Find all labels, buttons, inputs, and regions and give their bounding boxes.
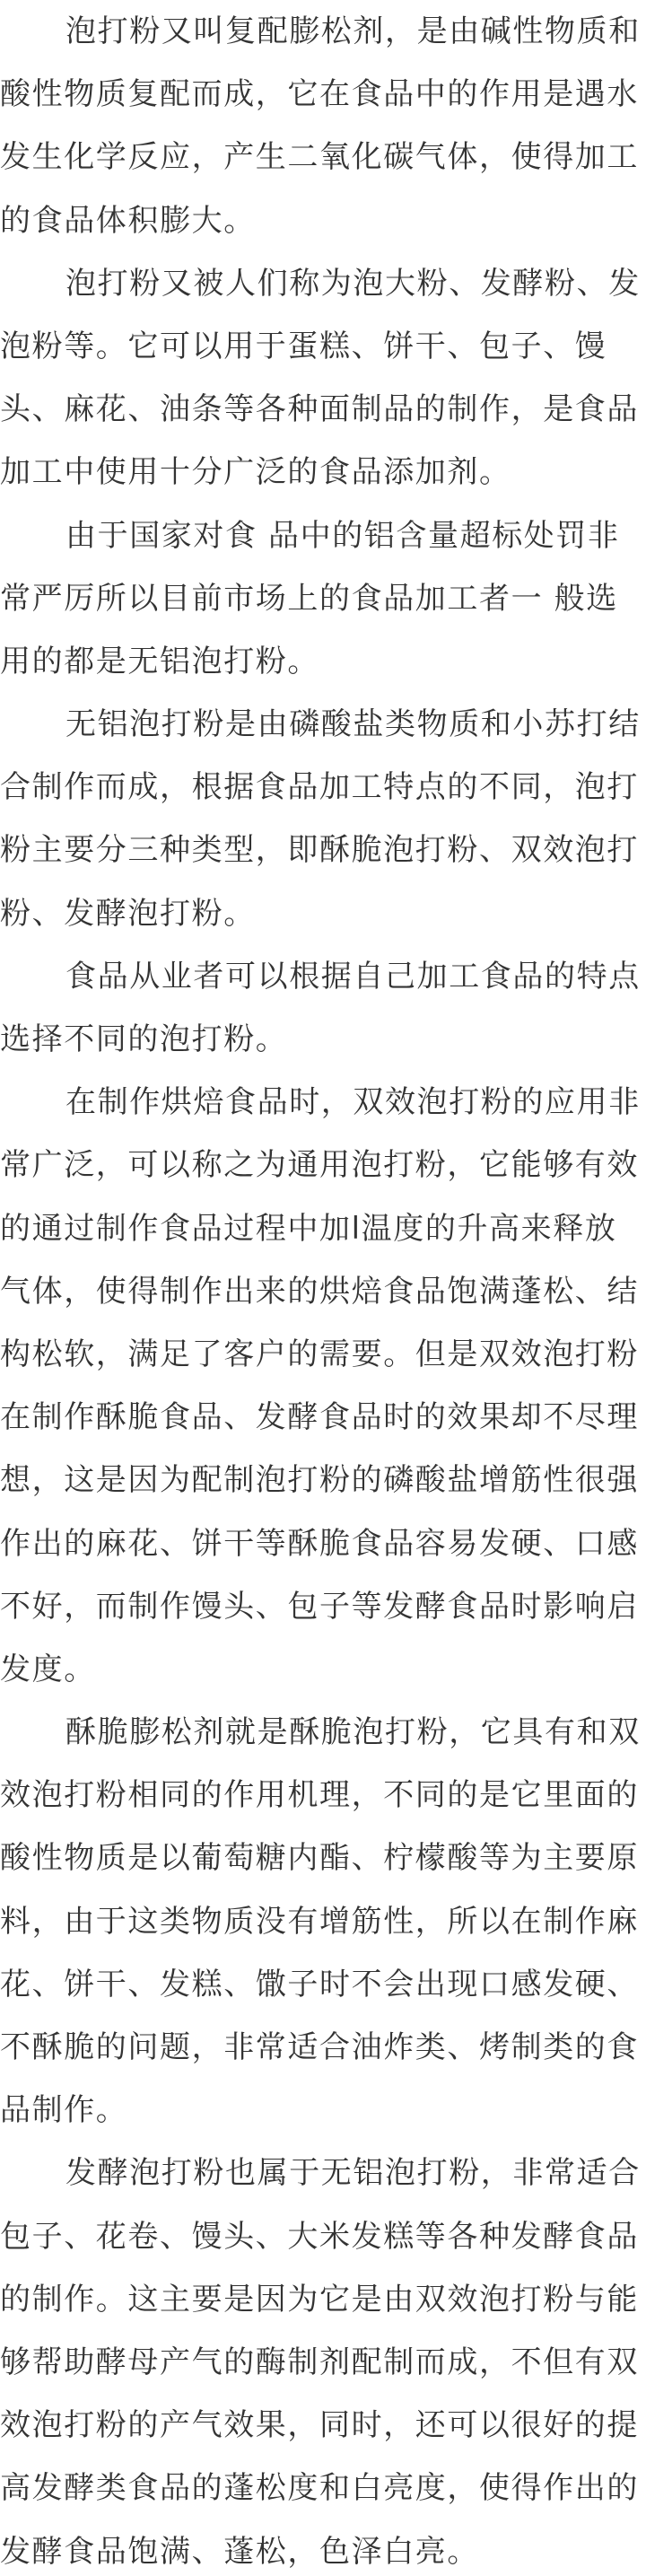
- text-line: 料，由于这类物质没有增筋性，所以在制作麻: [0, 1890, 646, 1953]
- text-line: 头、麻花、油条等各种面制品的制作，是食品: [0, 378, 646, 441]
- paragraph-double-acting: 在制作烘焙食品时，双效泡打粉的应用非 常广泛，可以称之为通用泡打粉，它能够有效 …: [0, 1071, 646, 1701]
- text-line: 包子、花卷、馒头、大米发糕等各种发酵食品: [0, 2205, 646, 2268]
- text-line: 效泡打粉相同的作用机理，不同的是它里面的: [0, 1764, 646, 1827]
- article-body: 泡打粉又叫复配膨松剂，是由碱性物质和 酸性物质复配而成，它在食品中的作用是遇水 …: [0, 0, 646, 2576]
- paragraph-crispy-leavening: 酥脆膨松剂就是酥脆泡打粉，它具有和双 效泡打粉相同的作用机理，不同的是它里面的 …: [0, 1701, 646, 2142]
- text-line: 发生化学反应，产生二氧化碳气体，使得加工: [0, 126, 646, 188]
- text-line: 泡打粉又叫复配膨松剂，是由碱性物质和: [0, 0, 646, 63]
- text-line: 花、饼干、发糕、馓子时不会出现口感发硬、: [0, 1953, 646, 2016]
- text-line: 够帮助酵母产气的酶制剂配制而成，不但有双: [0, 2331, 646, 2394]
- text-line: 效泡打粉的产气效果，同时，还可以很好的提: [0, 2394, 646, 2457]
- text-line: 酸性物质复配而成，它在食品中的作用是遇水: [0, 63, 646, 126]
- text-line: 发酵食品饱满、蓬松，色泽白亮。: [0, 2520, 646, 2576]
- text-line: 用的都是无铝泡打粉。: [0, 630, 646, 693]
- text-line: 粉主要分三种类型，即酥脆泡打粉、双效泡打: [0, 819, 646, 881]
- text-line: 在制作烘焙食品时，双效泡打粉的应用非: [0, 1071, 646, 1134]
- text-line: 选择不同的泡打粉。: [0, 1008, 646, 1071]
- text-line: 加工中使用十分广泛的食品添加剂。: [0, 441, 646, 504]
- text-line: 不好，而制作馒头、包子等发酵食品时影响启: [0, 1575, 646, 1638]
- text-line: 泡粉等。它可以用于蛋糕、饼干、包子、馒: [0, 315, 646, 378]
- text-line: 的食品体积膨大。: [0, 189, 646, 252]
- paragraph-other-names-and-uses: 泡打粉又被人们称为泡大粉、发酵粉、发 泡粉等。它可以用于蛋糕、饼干、包子、馒 头…: [0, 252, 646, 504]
- paragraph-baking-powder-definition: 泡打粉又叫复配膨松剂，是由碱性物质和 酸性物质复配而成，它在食品中的作用是遇水 …: [0, 0, 646, 252]
- text-line: 酥脆膨松剂就是酥脆泡打粉，它具有和双: [0, 1701, 646, 1764]
- text-line: 高发酵类食品的蓬松度和白亮度，使得作出的: [0, 2457, 646, 2519]
- text-line: 食品从业者可以根据自己加工食品的特点: [0, 945, 646, 1008]
- text-line: 无铝泡打粉是由磷酸盐类物质和小苏打结: [0, 693, 646, 756]
- text-line: 想，这是因为配制泡打粉的磷酸盐增筋性很强: [0, 1449, 646, 1511]
- paragraph-choose-by-food: 食品从业者可以根据自己加工食品的特点 选择不同的泡打粉。: [0, 945, 646, 1071]
- text-line: 常严厉所以目前市场上的食品加工者一 般选: [0, 567, 646, 630]
- text-line: 品制作。: [0, 2079, 646, 2142]
- text-line: 气体，使得制作出来的烘焙食品饱满蓬松、结: [0, 1260, 646, 1323]
- text-line: 合制作而成，根据食品加工特点的不同，泡打: [0, 756, 646, 819]
- text-line: 作出的麻花、饼干等酥脆食品容易发硬、口感: [0, 1512, 646, 1575]
- text-line: 的制作。这主要是因为它是由双效泡打粉与能: [0, 2268, 646, 2331]
- text-line: 常广泛，可以称之为通用泡打粉，它能够有效: [0, 1134, 646, 1196]
- paragraph-fermenting-powder: 发酵泡打粉也属于无铝泡打粉，非常适合 包子、花卷、馒头、大米发糕等各种发酵食品 …: [0, 2142, 646, 2576]
- text-line: 发度。: [0, 1638, 646, 1701]
- text-line: 酸性物质是以葡萄糖内酯、柠檬酸等为主要原: [0, 1827, 646, 1889]
- paragraph-aluminum-free-regulation: 由于国家对食 品中的铝含量超标处罚非 常严厉所以目前市场上的食品加工者一 般选 …: [0, 504, 646, 694]
- text-line: 的通过制作食品过程中加l温度的升高来释放: [0, 1197, 646, 1260]
- text-line: 不酥脆的问题，非常适合油炸类、烤制类的食: [0, 2016, 646, 2079]
- text-line: 在制作酥脆食品、发酵食品时的效果却不尽理: [0, 1386, 646, 1449]
- text-line: 由于国家对食 品中的铝含量超标处罚非: [0, 504, 646, 567]
- text-line: 泡打粉又被人们称为泡大粉、发酵粉、发: [0, 252, 646, 315]
- text-line: 构松软，满足了客户的需要。但是双效泡打粉: [0, 1323, 646, 1386]
- text-line: 发酵泡打粉也属于无铝泡打粉，非常适合: [0, 2142, 646, 2204]
- text-line: 粉、发酵泡打粉。: [0, 882, 646, 945]
- paragraph-three-types: 无铝泡打粉是由磷酸盐类物质和小苏打结 合制作而成，根据食品加工特点的不同，泡打 …: [0, 693, 646, 945]
